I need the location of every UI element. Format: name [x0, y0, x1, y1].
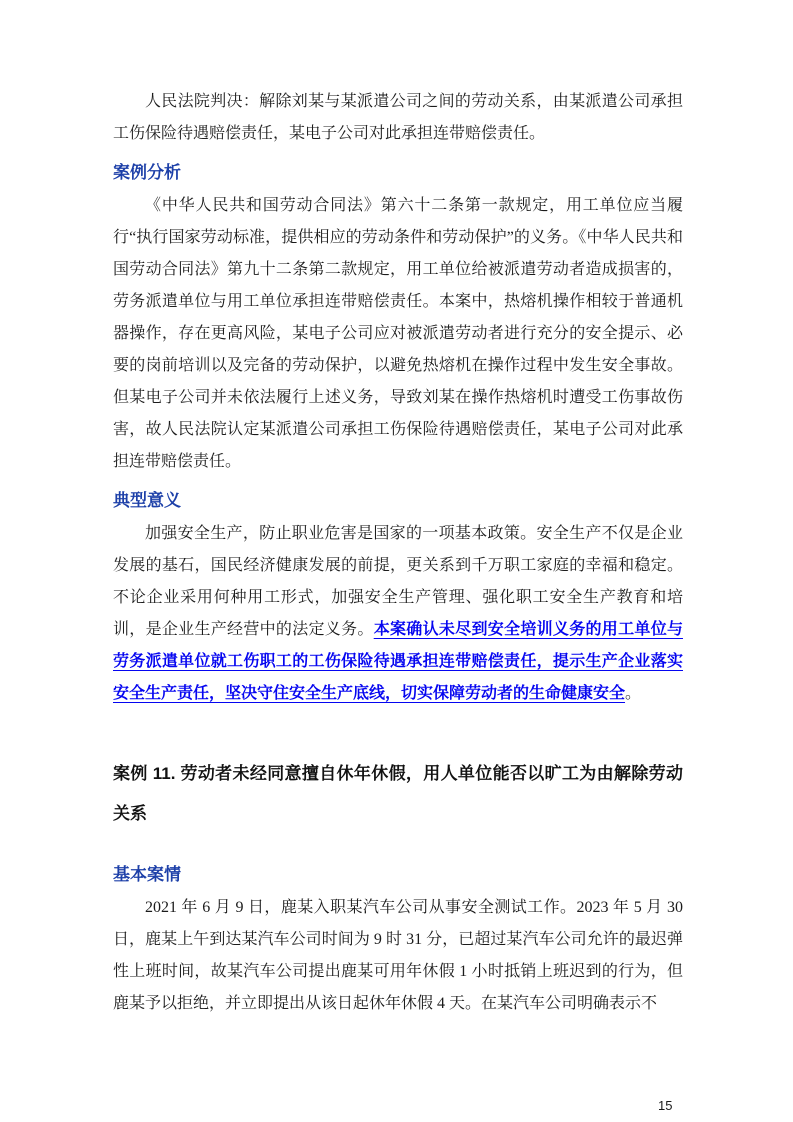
case-title: 案例 11. 劳动者未经同意擅自休年休假，用人单位能否以旷工为由解除劳动关系	[113, 754, 683, 834]
page-number: 15	[658, 1098, 672, 1113]
verdict-paragraph: 人民法院判决：解除刘某与某派遣公司之间的劳动关系，由某派遣公司承担工伤保险待遇赔…	[113, 86, 683, 150]
significance-closing-period: 。	[625, 685, 641, 702]
significance-heading: 典型意义	[113, 484, 683, 518]
facts-heading: 基本案情	[113, 858, 683, 892]
facts-paragraph: 2021 年 6 月 9 日，鹿某入职某汽车公司从事安全测试工作。2023 年 …	[113, 892, 683, 1020]
analysis-paragraph: 《中华人民共和国劳动合同法》第六十二条第一款规定，用工单位应当履行“执行国家劳动…	[113, 190, 683, 478]
analysis-heading: 案例分析	[113, 156, 683, 190]
significance-paragraph: 加强安全生产，防止职业危害是国家的一项基本政策。安全生产不仅是企业发展的基石，国…	[113, 518, 683, 710]
document-page: 人民法院判决：解除刘某与某派遣公司之间的劳动关系，由某派遣公司承担工伤保险待遇赔…	[0, 0, 793, 1122]
page-content: 人民法院判决：解除刘某与某派遣公司之间的劳动关系，由某派遣公司承担工伤保险待遇赔…	[113, 86, 683, 1020]
